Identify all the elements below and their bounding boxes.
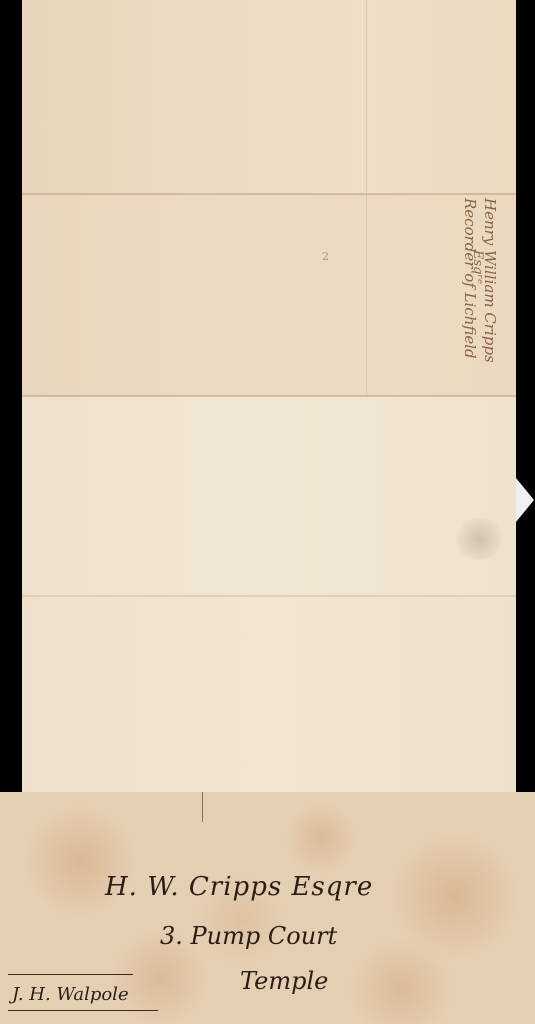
letter-panel-3 bbox=[22, 396, 516, 596]
address-line-name: H. W. Cripps Esqre bbox=[105, 872, 373, 902]
address-line-place: Temple bbox=[240, 967, 328, 995]
envelope-crease bbox=[202, 792, 203, 822]
docket-line-office: Recorder of Lichfield bbox=[461, 198, 479, 359]
letter-panel-4 bbox=[22, 596, 516, 792]
address-line-street: 3. Pump Court bbox=[160, 922, 337, 950]
paper-tab bbox=[516, 478, 534, 522]
seal-stain bbox=[452, 518, 507, 560]
folded-letter: 2 Henry William Cripps Esqʳᵉ Recorder of… bbox=[22, 0, 516, 792]
fold-line bbox=[22, 595, 516, 597]
fold-line bbox=[22, 193, 516, 195]
fold-line bbox=[22, 395, 516, 397]
docket-address: Henry William Cripps Esqʳᵉ Recorder of L… bbox=[469, 198, 529, 398]
sender-signature: J. H. Walpole bbox=[12, 984, 129, 1005]
letter-panel-2 bbox=[22, 194, 516, 396]
envelope: H. W. Cripps Esqre 3. Pump Court Temple … bbox=[0, 792, 535, 1024]
vertical-fold-line bbox=[366, 0, 367, 396]
signature-rule bbox=[8, 974, 133, 975]
signature-underline bbox=[8, 1010, 158, 1011]
faint-mark: 2 bbox=[322, 250, 329, 263]
letter-panel-1 bbox=[22, 0, 516, 194]
